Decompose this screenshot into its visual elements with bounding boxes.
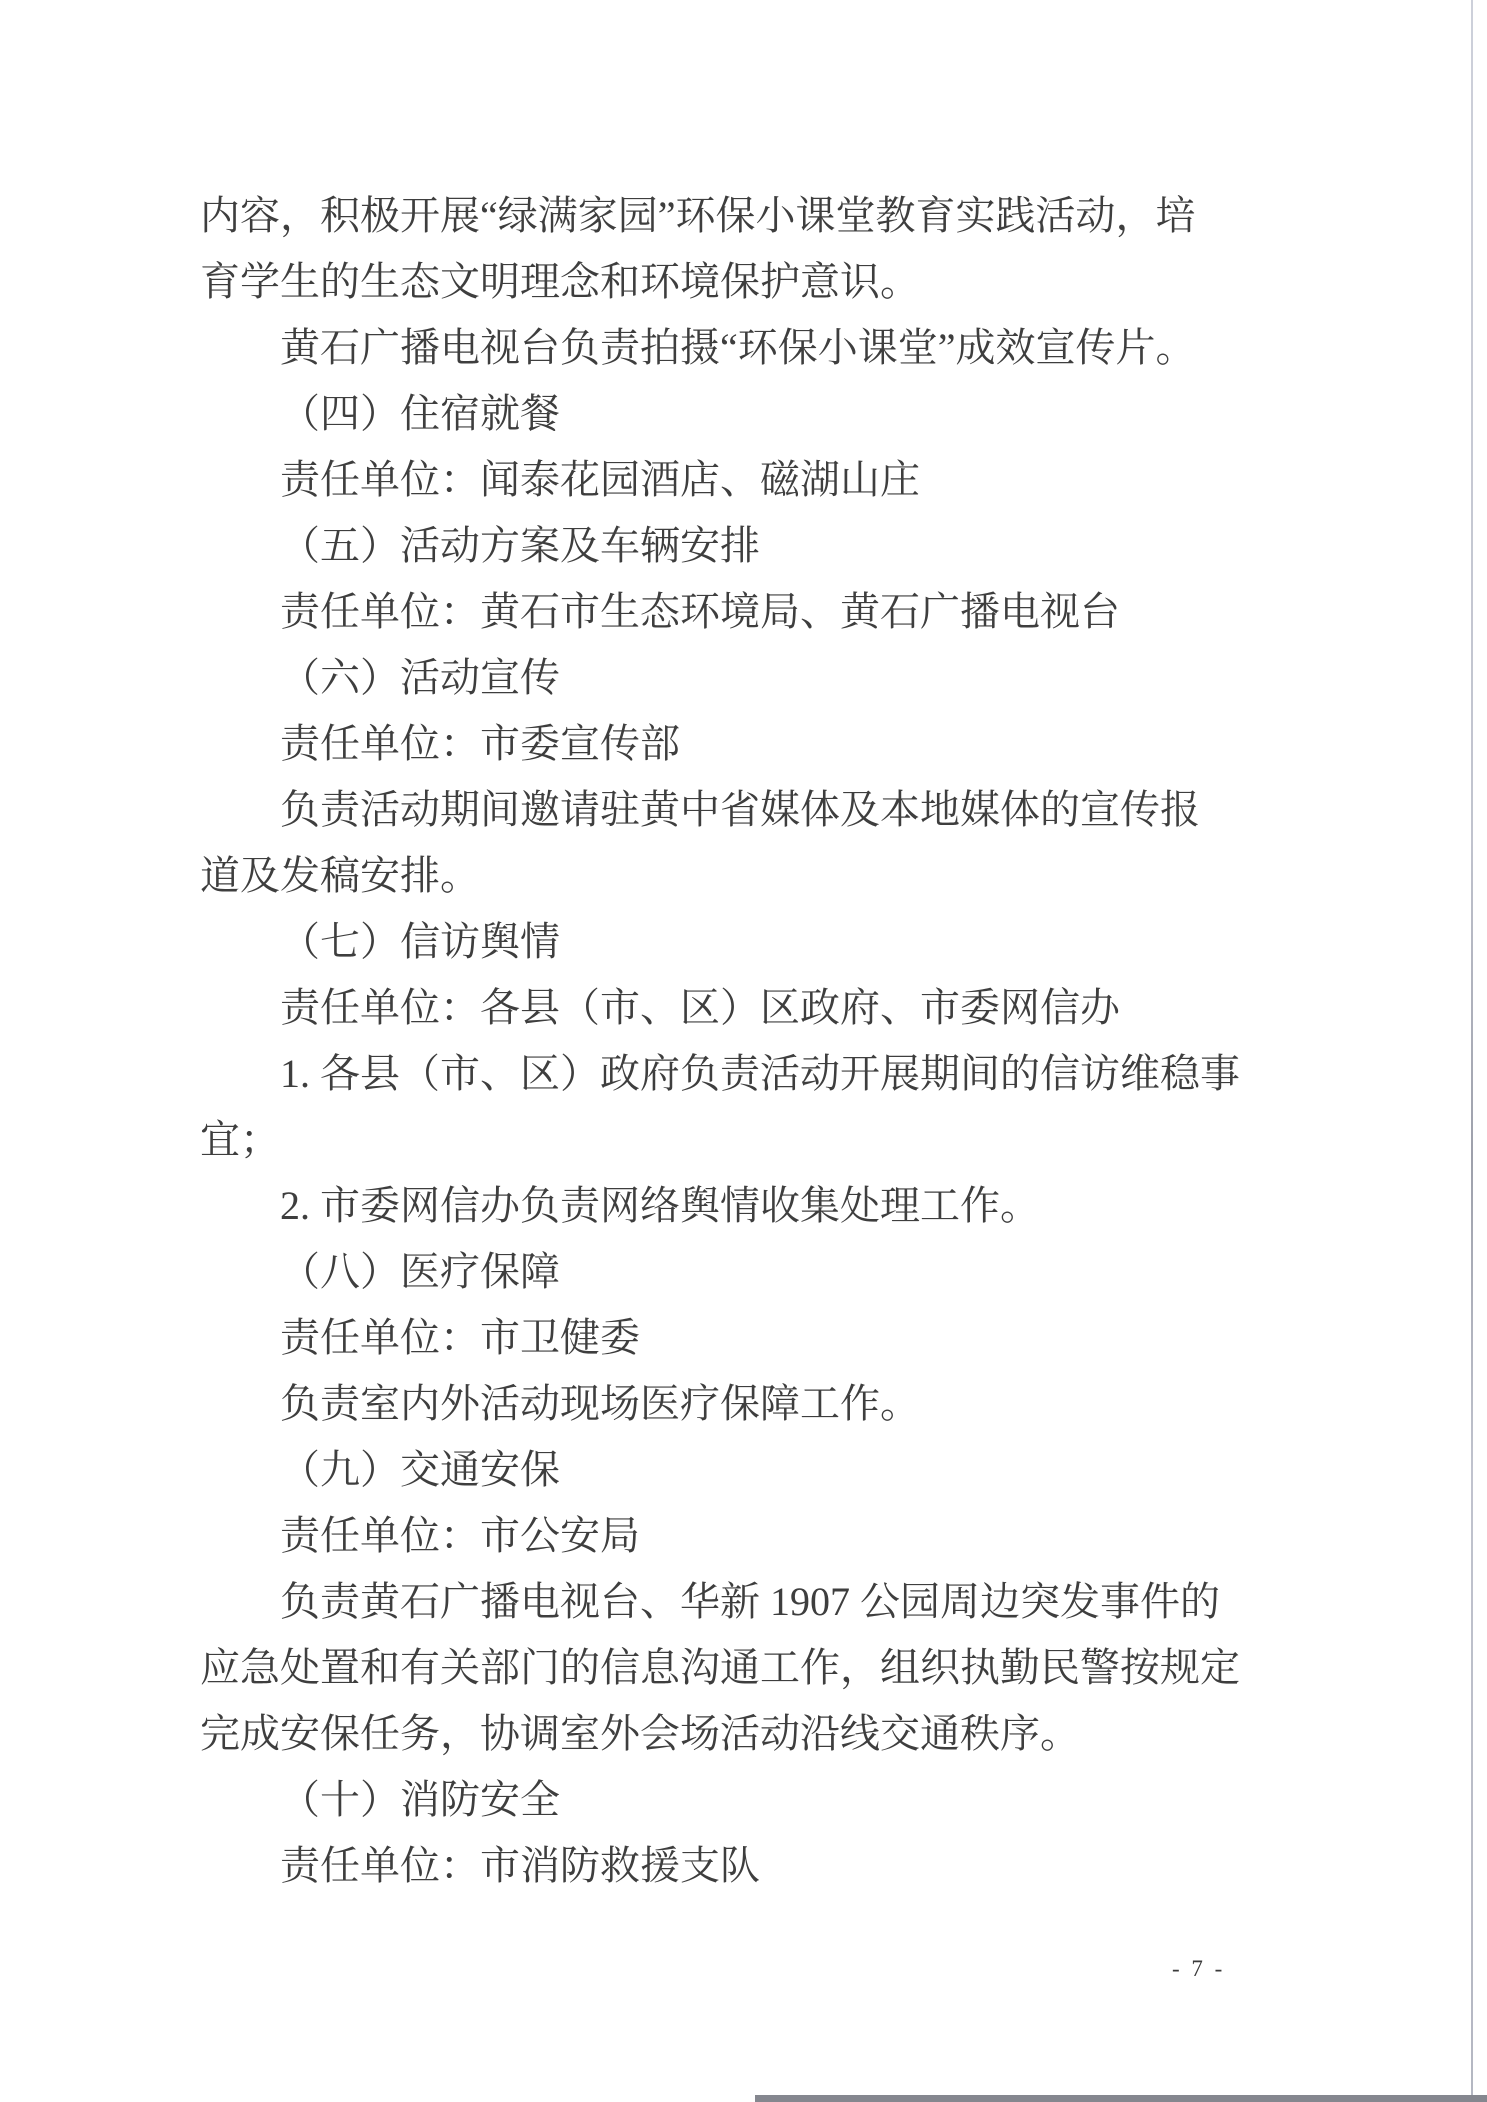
document-page: 内容，积极开展“绿满家园”环保小课堂教育实践活动，培 育学生的生态文明理念和环境… [0,0,1487,2102]
text-line: 责任单位：各县（市、区）区政府、市委网信办 [200,975,1290,1041]
text-line: 应急处置和有关部门的信息沟通工作，组织执勤民警按规定 [200,1635,1290,1701]
section-heading: （十）消防安全 [200,1767,1290,1833]
page-number: - 7 - [1172,1956,1225,1982]
text-line: 2. 市委网信办负责网络舆情收集处理工作。 [200,1173,1290,1239]
text-line: 责任单位：市卫健委 [200,1305,1290,1371]
text-line: 黄石广播电视台负责拍摄“环保小课堂”成效宣传片。 [200,315,1290,381]
section-heading: （八）医疗保障 [200,1239,1290,1305]
text-line: 内容，积极开展“绿满家园”环保小课堂教育实践活动，培 [200,183,1290,249]
section-heading: （六）活动宣传 [200,645,1290,711]
text-line: 完成安保任务，协调室外会场活动沿线交通秩序。 [200,1701,1290,1767]
text-line: 责任单位：市委宣传部 [200,711,1290,777]
section-heading: （五）活动方案及车辆安排 [200,513,1290,579]
text-line: 宜； [200,1107,1290,1173]
text-line: 育学生的生态文明理念和环境保护意识。 [200,249,1290,315]
text-line: 责任单位：黄石市生态环境局、黄石广播电视台 [200,579,1290,645]
scan-bottom-shadow [755,2095,1487,2102]
text-line: 道及发稿安排。 [200,843,1290,909]
section-heading: （七）信访舆情 [200,909,1290,975]
document-body: 内容，积极开展“绿满家园”环保小课堂教育实践活动，培 育学生的生态文明理念和环境… [200,183,1290,1899]
text-line: 负责活动期间邀请驻黄中省媒体及本地媒体的宣传报 [200,777,1290,843]
text-line: 负责室内外活动现场医疗保障工作。 [200,1371,1290,1437]
scan-edge-artifact-line [1471,0,1473,2102]
text-line: 责任单位：市公安局 [200,1503,1290,1569]
text-line: 责任单位：市消防救援支队 [200,1833,1290,1899]
text-line: 1. 各县（市、区）政府负责活动开展期间的信访维稳事 [200,1041,1290,1107]
section-heading: （四）住宿就餐 [200,381,1290,447]
text-line: 负责黄石广播电视台、华新 1907 公园周边突发事件的 [200,1569,1290,1635]
section-heading: （九）交通安保 [200,1437,1290,1503]
text-line: 责任单位：闻泰花园酒店、磁湖山庄 [200,447,1290,513]
